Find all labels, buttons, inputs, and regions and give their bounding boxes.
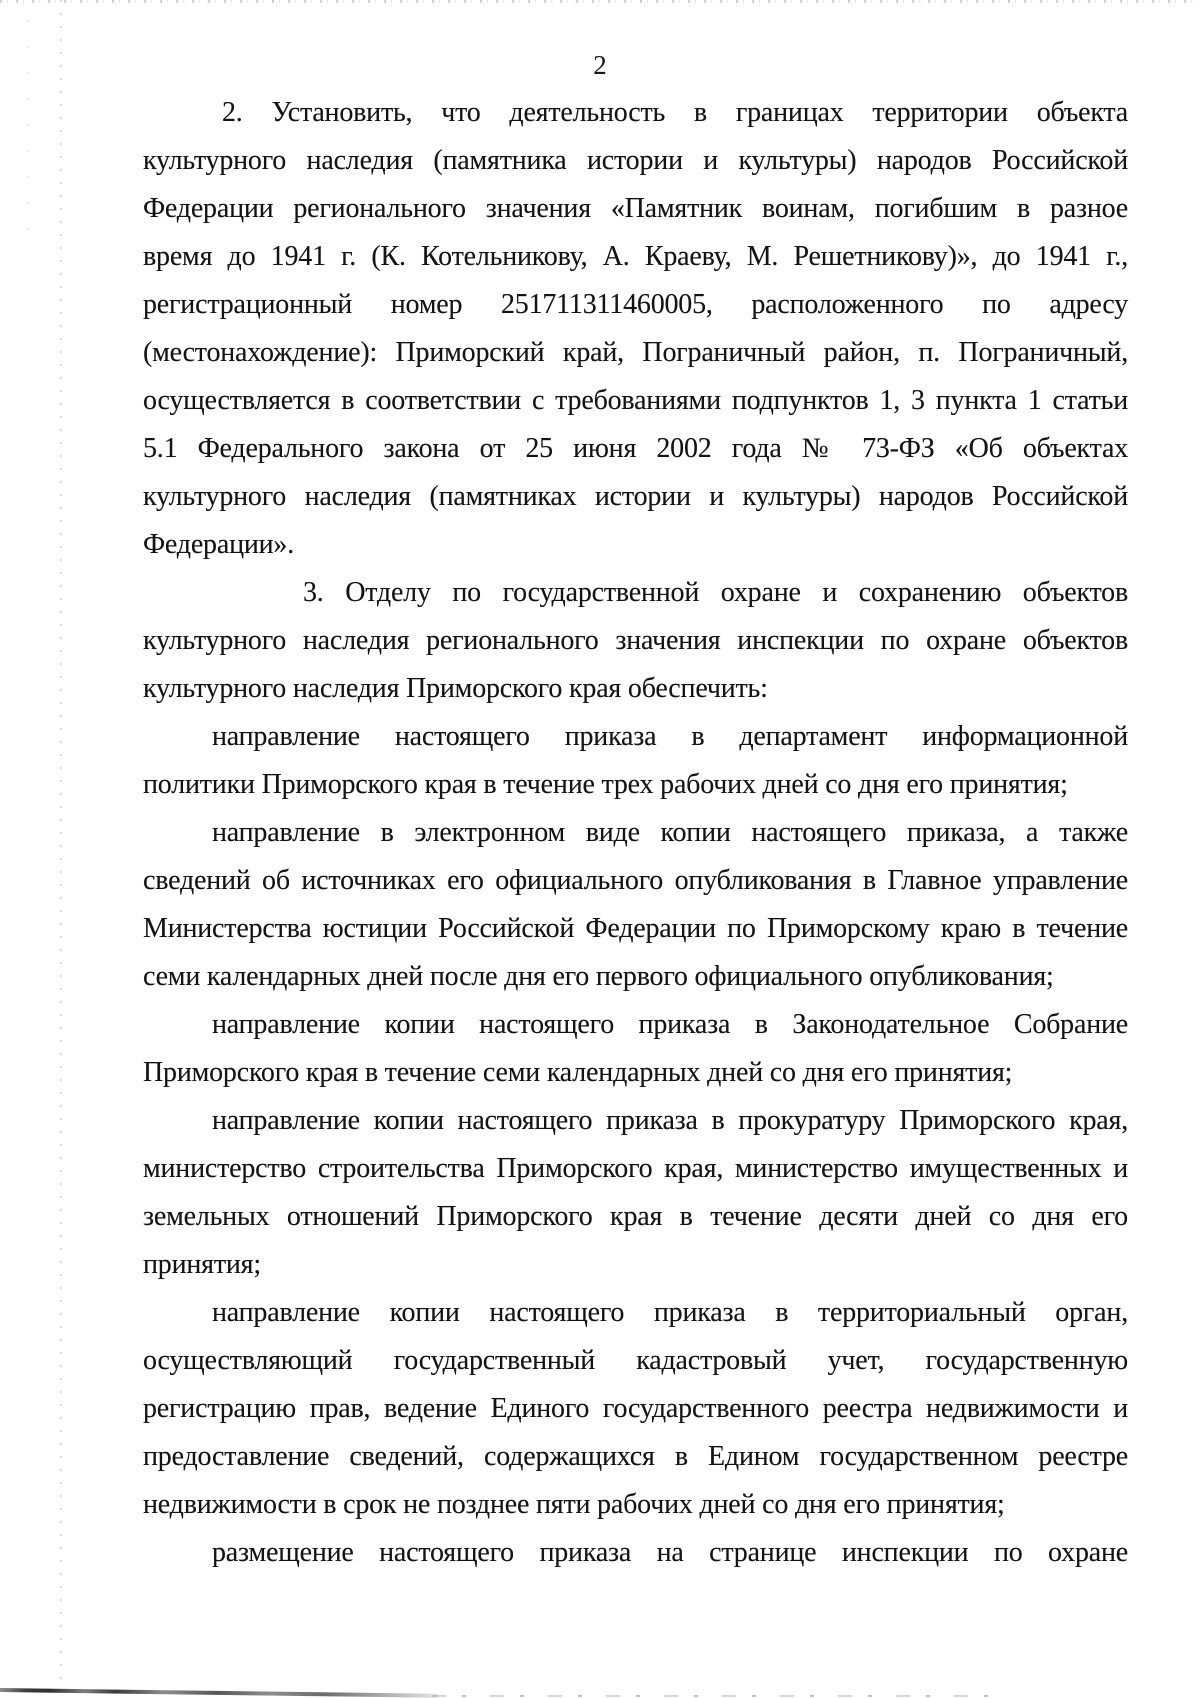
text-line: предоставление сведений, содержащихся в … (143, 1433, 1128, 1481)
scan-streak-bottom (0, 1688, 438, 1698)
text-line: культурного наследия (памятника истории … (143, 137, 1128, 185)
text-line: время до 1941 г. (К. Котельникову, А. Кр… (143, 233, 1128, 281)
text-line: культурного наследия (памятниках истории… (143, 473, 1128, 521)
text-line: направление копии настоящего приказа в п… (143, 1097, 1128, 1145)
text-line: направление настоящего приказа в департа… (143, 713, 1128, 761)
paragraph-item-3-sub-3: направление копии настоящего приказа в З… (143, 1001, 1128, 1097)
text-line: земельных отношений Приморского края в т… (143, 1193, 1128, 1241)
paragraph-item-2: 2. Установить, что деятельность в границ… (143, 89, 1128, 569)
paragraph-item-3-sub-4: направление копии настоящего приказа в п… (143, 1097, 1128, 1289)
text-line: семи календарных дней после дня его перв… (143, 953, 1128, 1001)
text-line: принятия; (143, 1241, 1128, 1289)
scan-noise-top-edge (0, 0, 1200, 3)
scan-noise-top-edge-2 (0, 4, 1200, 6)
text-line: 2. Установить, что деятельность в границ… (143, 89, 1128, 137)
text-line: культурного наследия Приморского края об… (143, 665, 1128, 713)
text-line: сведений об источниках его официального … (143, 857, 1128, 905)
scanned-document-page: 2 2. Установить, что деятельность в гран… (0, 0, 1200, 1698)
text-line: регистрацию прав, ведение Единого госуда… (143, 1385, 1128, 1433)
text-line: направление копии настоящего приказа в З… (143, 1001, 1128, 1049)
text-line: осуществляющий государственный кадастров… (143, 1337, 1128, 1385)
text-line: размещение настоящего приказа на страниц… (143, 1529, 1128, 1577)
text-line: регистрационный номер 251711311460005, р… (143, 281, 1128, 329)
text-line: культурного наследия регионального значе… (143, 617, 1128, 665)
paragraph-item-3-sub-2: направление в электронном виде копии нас… (143, 809, 1128, 1001)
text-line: направление копии настоящего приказа в т… (143, 1289, 1128, 1337)
text-line: Министерства юстиции Российской Федераци… (143, 905, 1128, 953)
text-line: 5.1 Федерального закона от 25 июня 2002 … (143, 425, 1128, 473)
paragraph-item-3-intro: 3. Отделу по государственной охране и со… (143, 569, 1128, 713)
scan-fold-dotted-line (60, 0, 62, 1698)
paragraph-item-3-sub-5: направление копии настоящего приказа в т… (143, 1289, 1128, 1529)
scan-streak-bottom-tail (432, 1695, 992, 1697)
paragraph-item-3-sub-1: направление настоящего приказа в департа… (143, 713, 1128, 809)
text-line: министерство строительства Приморского к… (143, 1145, 1128, 1193)
text-line: направление в электронном виде копии нас… (143, 809, 1128, 857)
text-line: (местонахождение): Приморский край, Погр… (143, 329, 1128, 377)
text-line: Федерации». (143, 521, 1128, 569)
text-line: Приморского края в течение семи календар… (143, 1049, 1128, 1097)
text-line: политики Приморского края в течение трех… (143, 761, 1128, 809)
paragraph-item-3-sub-6: размещение настоящего приказа на страниц… (143, 1529, 1128, 1577)
document-body: 2. Установить, что деятельность в границ… (143, 89, 1128, 1577)
text-line: 3. Отделу по государственной охране и со… (143, 569, 1128, 617)
text-line: недвижимости в срок не позднее пяти рабо… (143, 1481, 1128, 1529)
text-line: Федерации регионального значения «Памятн… (143, 185, 1128, 233)
page-number: 2 (0, 50, 1200, 80)
text-line: осуществляется в соответствии с требован… (143, 377, 1128, 425)
